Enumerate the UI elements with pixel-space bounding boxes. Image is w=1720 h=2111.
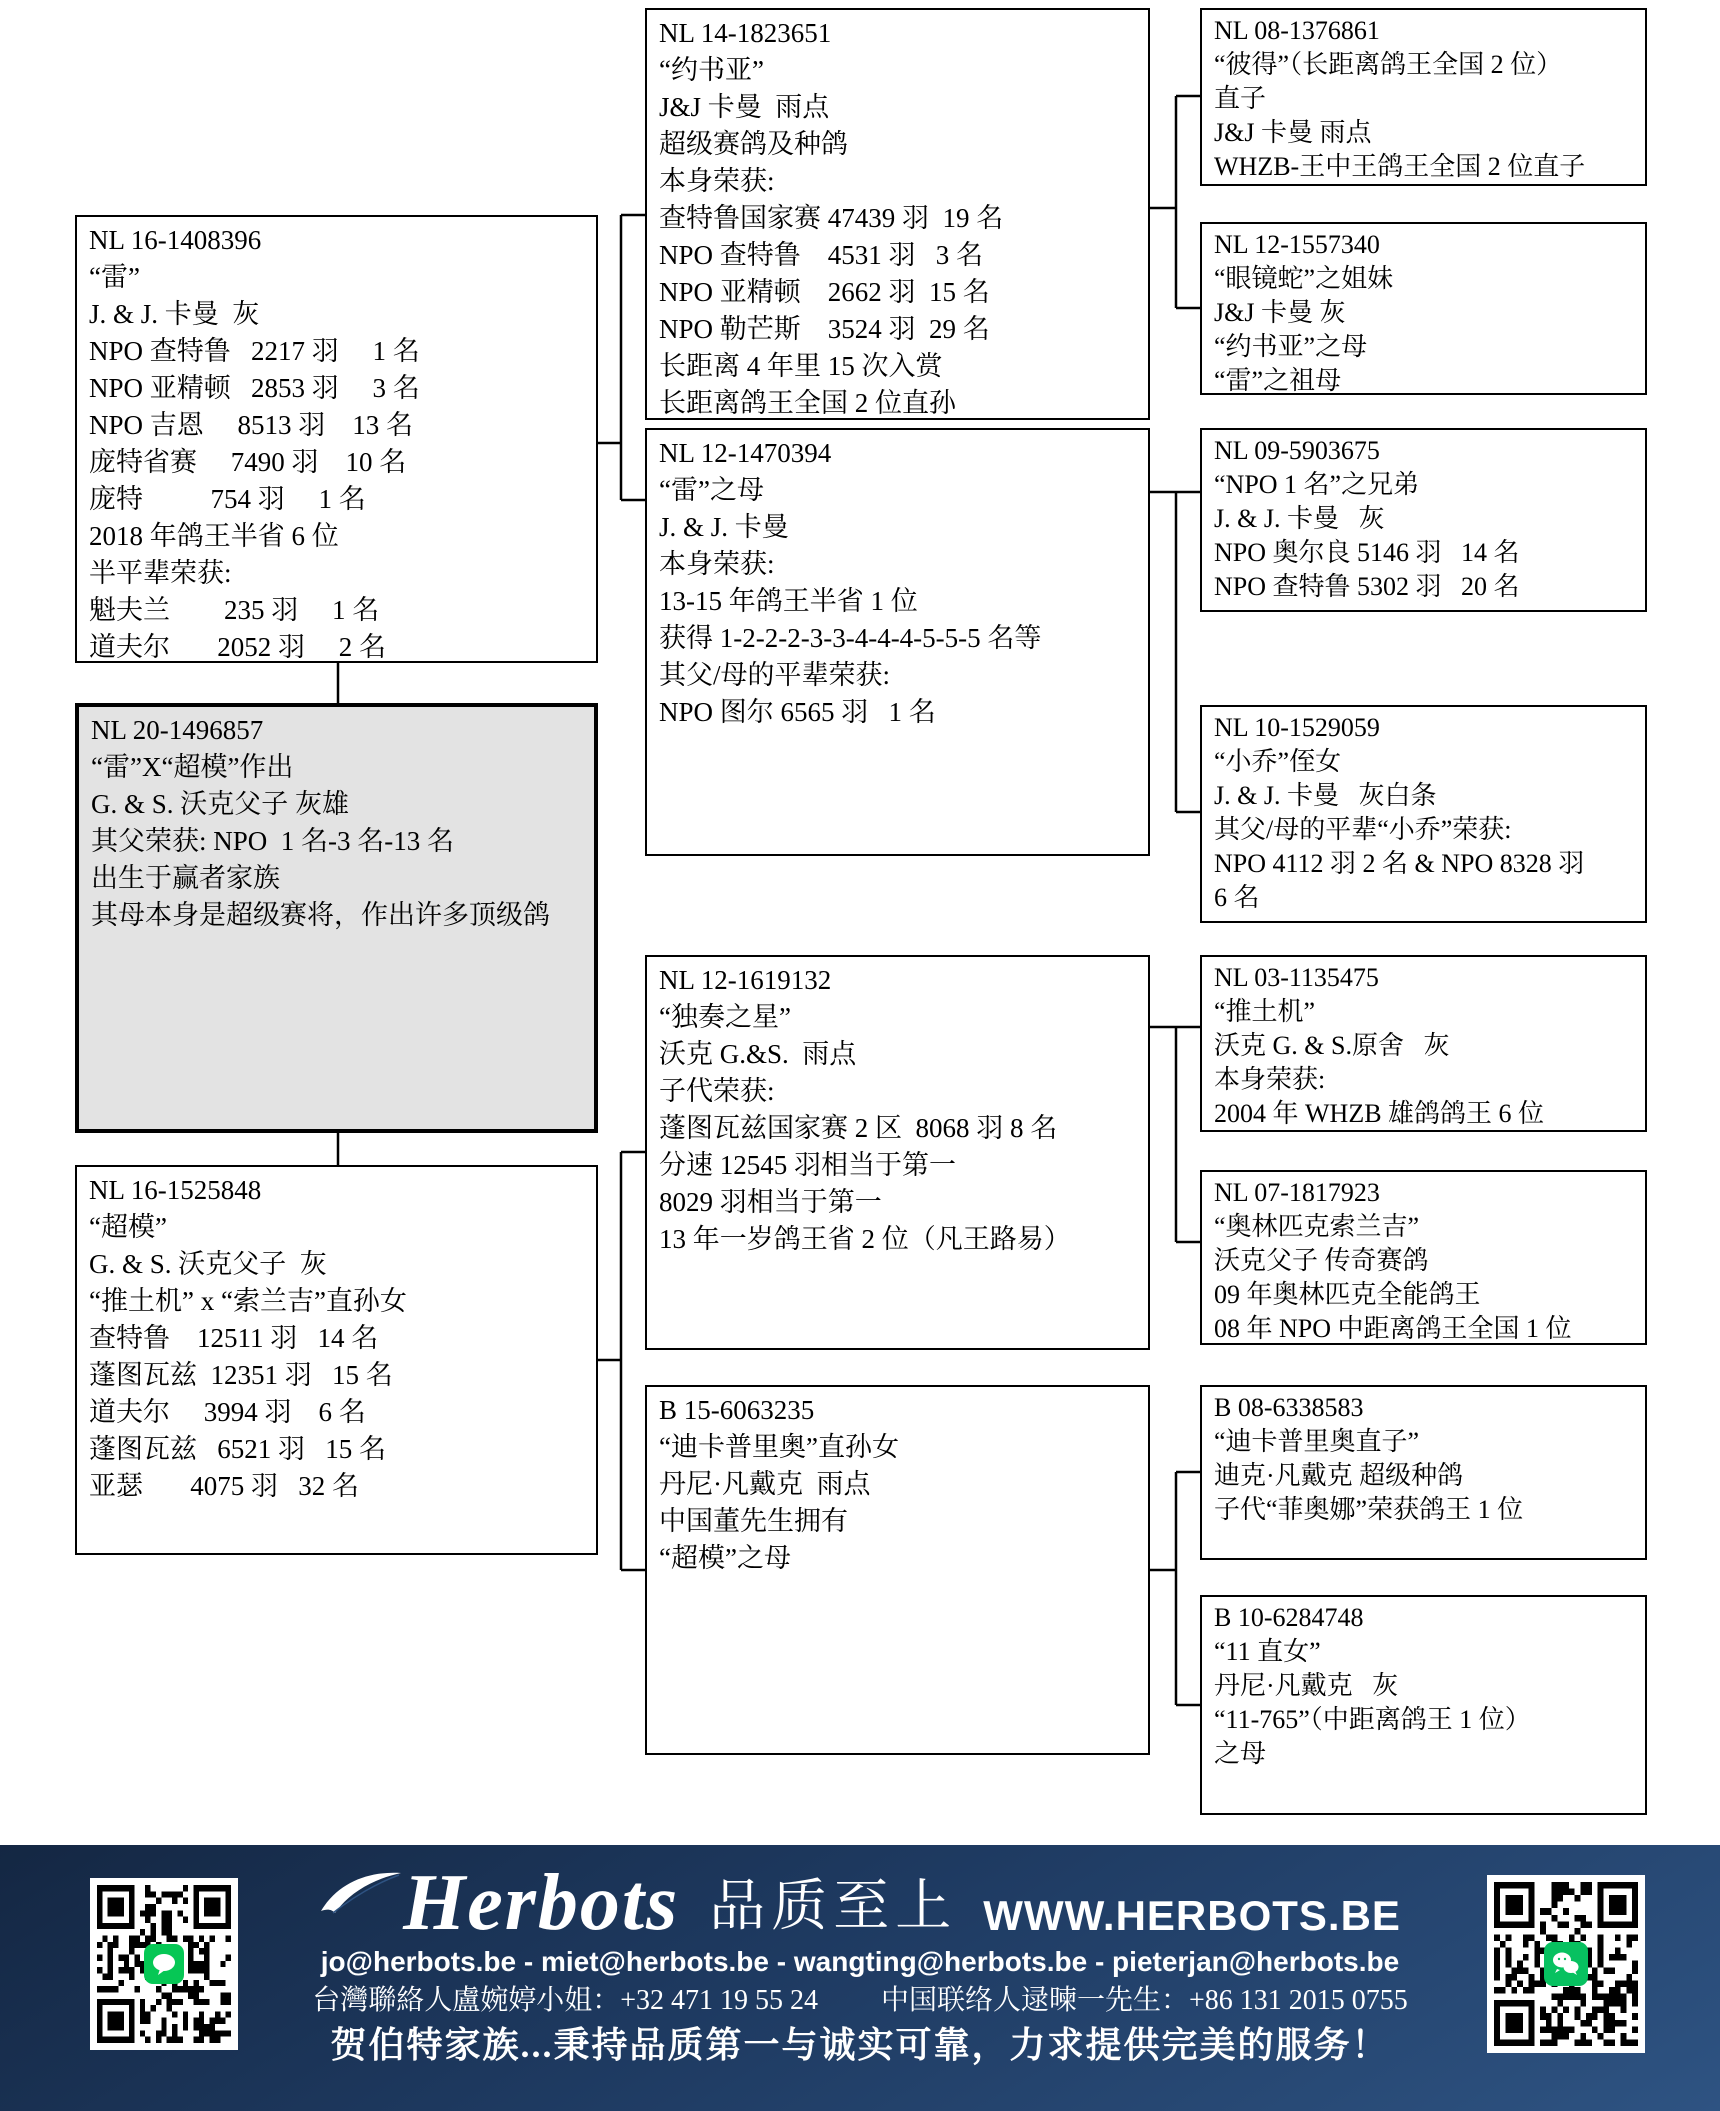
feather-icon: [319, 1867, 403, 1917]
pedigree-line: “超模”之母: [659, 1540, 1140, 1577]
pedigree-box-sire-dam-sire: NL 09-5903675“NPO 1 名”之兄弟J. & J. 卡曼 灰NPO…: [1200, 428, 1647, 612]
pedigree-box-dam-dam-dam: B 10-6284748“11 直女”丹尼·凡戴克 灰“11-765”（中距离鸽…: [1200, 1595, 1647, 1815]
pedigree-line: G. & S. 沃克父子 灰: [89, 1246, 588, 1283]
pedigree-line: “约书亚”: [659, 52, 1140, 89]
pedigree-box-sire-sire-sire: NL 08-1376861“彼得”（长距离鸽王全国 2 位）直子J&J 卡曼 雨…: [1200, 8, 1647, 186]
pedigree-line: 2004 年 WHZB 雄鸽鸽王 6 位: [1214, 1097, 1637, 1131]
pedigree-box-dam: NL 16-1525848“超模”G. & S. 沃克父子 灰“推土机” x “…: [75, 1165, 598, 1555]
pedigree-line: 08 年 NPO 中距离鸽王全国 1 位: [1214, 1312, 1637, 1345]
pedigree-line: NPO 4112 羽 2 名 & NPO 8328 羽: [1214, 847, 1637, 881]
pedigree-box-sire: NL 16-1408396“雷”J. & J. 卡曼 灰NPO 查特鲁 2217…: [75, 215, 598, 663]
pedigree-line: NPO 查特鲁 4531 羽 3 名: [659, 237, 1140, 274]
pedigree-line: NL 20-1496857: [91, 712, 586, 749]
pedigree-line: NL 03-1135475: [1214, 961, 1637, 995]
footer-slogan: 贺伯特家族...秉持品质第一与诚实可靠，力求提供完美的服务！: [240, 2026, 1480, 2064]
pedigree-line: NL 12-1470394: [659, 435, 1140, 472]
pedigree-line: NPO 奥尔良 5146 羽 14 名: [1214, 536, 1637, 570]
pedigree-line: NL 14-1823651: [659, 15, 1140, 52]
pedigree-line: 获得 1-2-2-2-3-3-4-4-4-5-5-5 名等: [659, 620, 1140, 657]
pedigree-line: 09 年奥林匹克全能鸽王: [1214, 1278, 1637, 1312]
pedigree-box-dam-dam: B 15-6063235“迪卡普里奥”直孙女丹尼·凡戴克 雨点中国董先生拥有“超…: [645, 1385, 1150, 1755]
pedigree-line: 蓬图瓦兹国家赛 2 区 8068 羽 8 名: [659, 1110, 1140, 1147]
pedigree-line: “雷”X“超模”作出: [91, 749, 586, 786]
pedigree-line: 半平辈荣获:: [89, 555, 588, 592]
pedigree-line: 道夫尔 2052 羽 2 名: [89, 629, 588, 663]
footer-content: Herbots 品质至上 WWW.HERBOTS.BE jo@herbots.b…: [240, 1851, 1480, 2064]
pedigree-box-dam-sire-sire: NL 03-1135475“推土机”沃克 G. & S.原舍 灰本身荣获:200…: [1200, 955, 1647, 1132]
contact-taiwan: 台灣聯絡人盧婉婷小姐：+32 471 19 55 24: [312, 1986, 818, 2016]
pedigree-line: “彼得”（长距离鸽王全国 2 位）: [1214, 48, 1637, 82]
pedigree-line: NPO 亚精顿 2662 羽 15 名: [659, 274, 1140, 311]
pedigree-line: NPO 图尔 6565 羽 1 名: [659, 694, 1140, 731]
wechat-icon: [1544, 1942, 1588, 1986]
pedigree-box-dam-sire-dam: NL 07-1817923“奥林匹克索兰吉”沃克父子 传奇赛鸽09 年奥林匹克全…: [1200, 1170, 1647, 1345]
pedigree-box-sire-sire-dam: NL 12-1557340“眼镜蛇”之姐妹J&J 卡曼 灰“约书亚”之母“雷”之…: [1200, 222, 1647, 395]
pedigree-line: “推土机” x “索兰吉”直孙女: [89, 1283, 588, 1320]
website-url: WWW.HERBOTS.BE: [983, 1893, 1401, 1939]
pedigree-line: 丹尼·凡戴克 灰: [1214, 1669, 1637, 1703]
pedigree-line: 其母本身是超级赛将，作出许多顶级鸽: [91, 897, 586, 934]
pedigree-line: 其父荣获: NPO 1 名-3 名-13 名: [91, 823, 586, 860]
pedigree-box-sire-dam-dam: NL 10-1529059“小乔”侄女J. & J. 卡曼 灰白条其父/母的平辈…: [1200, 705, 1647, 923]
pedigree-line: NL 07-1817923: [1214, 1176, 1637, 1210]
pedigree-line: B 08-6338583: [1214, 1391, 1637, 1425]
pedigree-line: “雷”之祖母: [1214, 364, 1637, 395]
contact-china: 中国联络人逯暕一先生：+86 131 2015 0755: [881, 1986, 1408, 2016]
footer-tagline: 品质至上: [709, 1877, 957, 1937]
pedigree-box-subject: NL 20-1496857“雷”X“超模”作出G. & S. 沃克父子 灰雄其父…: [75, 703, 598, 1133]
pedigree-box-sire-dam: NL 12-1470394“雷”之母J. & J. 卡曼本身荣获:13-15 年…: [645, 428, 1150, 856]
pedigree-line: 长距离 4 年里 15 次入赏: [659, 348, 1140, 385]
pedigree-line: 其父/母的平辈“小乔”荣获:: [1214, 813, 1637, 847]
pedigree-line: NL 12-1619132: [659, 962, 1140, 999]
pedigree-line: 之母: [1214, 1737, 1637, 1771]
pedigree-line: J&J 卡曼 雨点: [1214, 116, 1637, 150]
pedigree-line: 迪克·凡戴克 超级种鸽: [1214, 1459, 1637, 1493]
pedigree-line: 8029 羽相当于第一: [659, 1184, 1140, 1221]
pedigree-line: “约书亚”之母: [1214, 330, 1637, 364]
pedigree-line: 亚瑟 4075 羽 32 名: [89, 1468, 588, 1505]
pedigree-line: NL 16-1525848: [89, 1172, 588, 1209]
pedigree-line: 丹尼·凡戴克 雨点: [659, 1466, 1140, 1503]
pedigree-line: 查特鲁 12511 羽 14 名: [89, 1320, 588, 1357]
pedigree-line: 长距离鸽王全国 2 位直孙: [659, 385, 1140, 420]
pedigree-line: 子代“菲奥娜”荣获鸽王 1 位: [1214, 1493, 1637, 1527]
pedigree-line: 沃克 G. & S.原舍 灰: [1214, 1029, 1637, 1063]
pedigree-line: NPO 查特鲁 2217 羽 1 名: [89, 333, 588, 370]
pedigree-line: 出生于赢者家族: [91, 860, 586, 897]
pedigree-line: 本身荣获:: [1214, 1063, 1637, 1097]
brand-row: Herbots 品质至上 WWW.HERBOTS.BE: [240, 1851, 1480, 1943]
pedigree-line: “超模”: [89, 1209, 588, 1246]
pedigree-line: 魁夫兰 235 羽 1 名: [89, 592, 588, 629]
pedigree-line: “独奏之星”: [659, 999, 1140, 1036]
pedigree-line: 其父/母的平辈荣获:: [659, 657, 1140, 694]
pedigree-line: NPO 查特鲁 5302 羽 20 名: [1214, 570, 1637, 604]
pedigree-line: 蓬图瓦兹 6521 羽 15 名: [89, 1431, 588, 1468]
pedigree-box-dam-sire: NL 12-1619132“独奏之星”沃克 G.&S. 雨点子代荣获:蓬图瓦兹国…: [645, 955, 1150, 1350]
pedigree-line: 蓬图瓦兹 12351 羽 15 名: [89, 1357, 588, 1394]
pedigree-line: NPO 吉恩 8513 羽 13 名: [89, 407, 588, 444]
footer-emails: jo@herbots.be - miet@herbots.be - wangti…: [240, 1947, 1480, 1977]
pedigree-line: 本身荣获:: [659, 163, 1140, 200]
pedigree-line: 6 名: [1214, 881, 1637, 915]
brand-logo: Herbots: [403, 1863, 679, 1943]
pedigree-line: 子代荣获:: [659, 1073, 1140, 1110]
pedigree-line: “11 直女”: [1214, 1635, 1637, 1669]
pedigree-line: 道夫尔 3994 羽 6 名: [89, 1394, 588, 1431]
pedigree-line: 庞特省赛 7490 羽 10 名: [89, 444, 588, 481]
footer-contacts: 台灣聯絡人盧婉婷小姐：+32 471 19 55 24 中国联络人逯暕一先生：+…: [240, 1986, 1480, 2016]
pedigree-line: 本身荣获:: [659, 546, 1140, 583]
wechat-qr-code: [1487, 1875, 1645, 2053]
pedigree-line: “雷”之母: [659, 472, 1140, 509]
pedigree-line: NL 12-1557340: [1214, 228, 1637, 262]
pedigree-line: “迪卡普里奥”直孙女: [659, 1429, 1140, 1466]
pedigree-line: J. & J. 卡曼: [659, 509, 1140, 546]
pedigree-line: “雷”: [89, 259, 588, 296]
pedigree-box-dam-dam-sire: B 08-6338583“迪卡普里奥直子”迪克·凡戴克 超级种鸽子代“菲奥娜”荣…: [1200, 1385, 1647, 1560]
pedigree-line: NL 09-5903675: [1214, 434, 1637, 468]
pedigree-line: NPO 亚精顿 2853 羽 3 名: [89, 370, 588, 407]
pedigree-line: WHZB-王中王鸽王全国 2 位直子: [1214, 150, 1637, 184]
pedigree-line: 中国董先生拥有: [659, 1503, 1140, 1540]
pedigree-line: J. & J. 卡曼 灰白条: [1214, 779, 1637, 813]
pedigree-line: 庞特 754 羽 1 名: [89, 481, 588, 518]
pedigree-line: 13-15 年鸽王半省 1 位: [659, 583, 1140, 620]
pedigree-line: 直子: [1214, 82, 1637, 116]
pedigree-line: 查特鲁国家赛 47439 羽 19 名: [659, 200, 1140, 237]
pedigree-line: G. & S. 沃克父子 灰雄: [91, 786, 586, 823]
pedigree-line: J. & J. 卡曼 灰: [89, 296, 588, 333]
pedigree-line: “奥林匹克索兰吉”: [1214, 1210, 1637, 1244]
pedigree-line: “迪卡普里奥直子”: [1214, 1425, 1637, 1459]
pedigree-line: J&J 卡曼 灰: [1214, 296, 1637, 330]
pedigree-line: NL 08-1376861: [1214, 14, 1637, 48]
pedigree-line: 沃克 G.&S. 雨点: [659, 1036, 1140, 1073]
pedigree-line: “NPO 1 名”之兄弟: [1214, 468, 1637, 502]
pedigree-line: 超级赛鸽及种鸽: [659, 126, 1140, 163]
footer-banner: Herbots 品质至上 WWW.HERBOTS.BE jo@herbots.b…: [0, 1845, 1720, 2111]
pedigree-line: B 10-6284748: [1214, 1601, 1637, 1635]
line-qr-code: [90, 1878, 238, 2050]
line-icon: [144, 1944, 184, 1984]
pedigree-line: J. & J. 卡曼 灰: [1214, 502, 1637, 536]
pedigree-line: “11-765”（中距离鸽王 1 位）: [1214, 1703, 1637, 1737]
pedigree-line: J&J 卡曼 雨点: [659, 89, 1140, 126]
pedigree-line: 分速 12545 羽相当于第一: [659, 1147, 1140, 1184]
pedigree-line: 沃克父子 传奇赛鸽: [1214, 1244, 1637, 1278]
pedigree-line: “推土机”: [1214, 995, 1637, 1029]
pedigree-line: NPO 勒芒斯 3524 羽 29 名: [659, 311, 1140, 348]
pedigree-box-sire-sire: NL 14-1823651“约书亚”J&J 卡曼 雨点超级赛鸽及种鸽本身荣获:查…: [645, 8, 1150, 420]
pedigree-line: NL 10-1529059: [1214, 711, 1637, 745]
pedigree-line: B 15-6063235: [659, 1392, 1140, 1429]
pedigree-page: NL 16-1408396“雷”J. & J. 卡曼 灰NPO 查特鲁 2217…: [0, 0, 1720, 2111]
pedigree-line: NL 16-1408396: [89, 222, 588, 259]
pedigree-line: 13 年一岁鸽王省 2 位（凡王路易）: [659, 1221, 1140, 1258]
pedigree-line: “小乔”侄女: [1214, 745, 1637, 779]
pedigree-line: 2018 年鸽王半省 6 位: [89, 518, 588, 555]
pedigree-line: “眼镜蛇”之姐妹: [1214, 262, 1637, 296]
